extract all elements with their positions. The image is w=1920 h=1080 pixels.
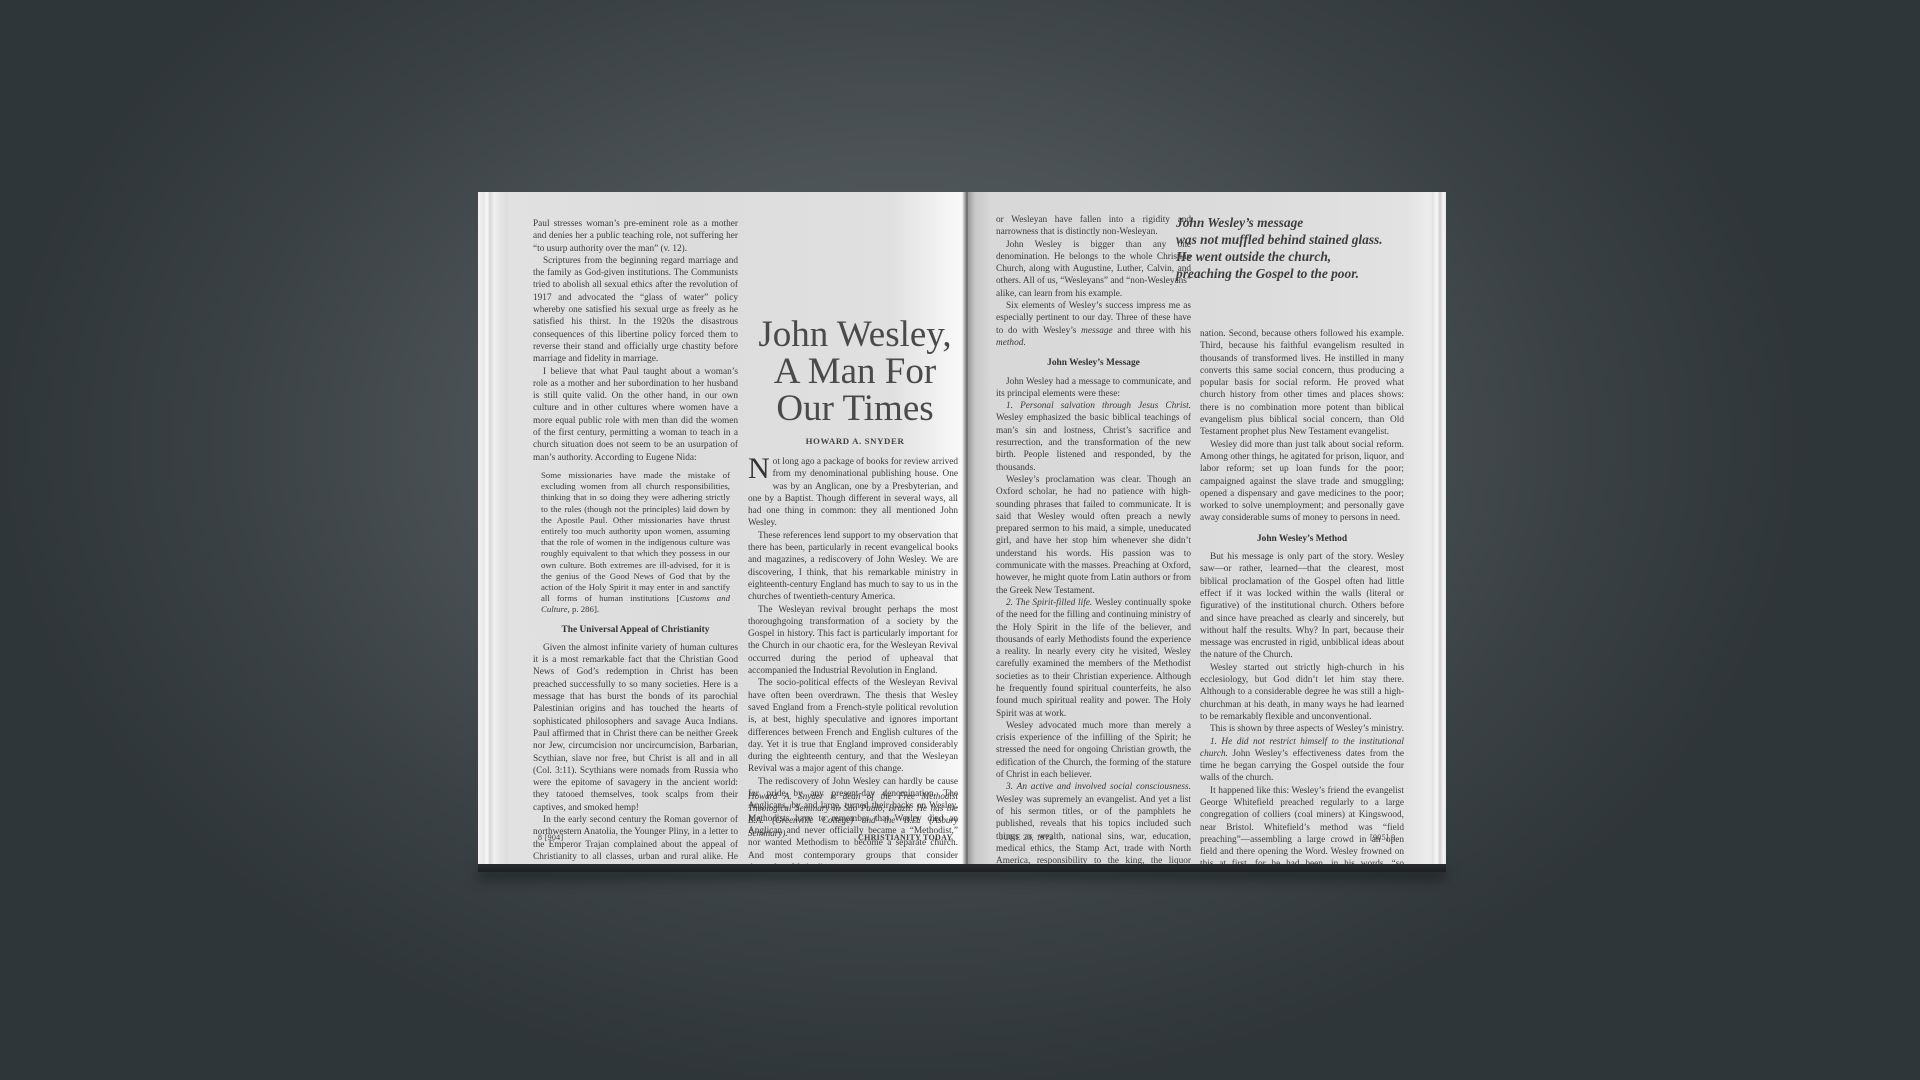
paragraph: But his message is only part of the stor… [1200,551,1404,662]
paragraph: Wesley advocated much more than merely a… [996,720,1191,781]
left-page: Paul stresses woman’s pre-eminent role a… [478,192,964,864]
paragraph: Paul stresses woman’s pre-eminent role a… [533,218,738,255]
paragraph: It happened like this: Wesley’s friend t… [1200,785,1404,864]
paragraph: Given the almost infinite variety of hum… [533,642,738,814]
title-line: John Wesley, [740,316,964,353]
drop-cap: N [748,457,770,481]
block-quote: Some missionaries have made the mistake … [541,470,730,616]
paragraph: Scriptures from the beginning regard mar… [533,255,738,366]
paragraph: nation. Second, because others followed … [1200,328,1404,439]
paragraph: The socio-political effects of the Wesle… [748,677,958,775]
publication-name: CHRISTIANITY TODAY [858,833,953,842]
title-line: Our Times [740,390,964,427]
section-heading: John Wesley’s Method [1200,533,1404,545]
author-bio: Howard A. Snyder is dean of the Free Met… [748,790,958,839]
paragraph: Six elements of Wesley’s success impress… [996,300,1191,349]
pull-quote-line: John Wesley’s message [1176,214,1436,231]
paragraph: The Wesleyan revival brought perhaps the… [748,604,958,678]
paragraph: In the early second century the Roman go… [533,814,738,864]
page-stack-edge [478,192,508,864]
pull-quote: John Wesley’s message was not muffled be… [1176,214,1436,282]
paragraph: This is shown by three aspects of Wesley… [1200,723,1404,735]
paragraph: 1. He did not restrict himself to the in… [1200,736,1404,785]
page-number-left: 8 [904] [538,833,563,842]
section-heading: The Universal Appeal of Christianity [533,624,738,636]
issue-date: JUNE 23, 1972 [1000,833,1053,842]
magazine-spread: Paul stresses woman’s pre-eminent role a… [478,192,1446,870]
pull-quote-line: preaching the Gospel to the poor. [1176,265,1436,282]
left-page-column-1: Paul stresses woman’s pre-eminent role a… [533,218,738,864]
paragraph: 2. The Spirit-filled life. Wesley contin… [996,597,1191,720]
pull-quote-line: He went outside the church, [1176,248,1436,265]
paragraph: Wesley did more than just talk about soc… [1200,439,1404,525]
paragraph: I believe that what Paul taught about a … [533,366,738,464]
right-page-column-1: or Wesleyan have fallen into a rigidity … [996,214,1191,864]
magazine-shadow [478,864,1446,872]
paragraph: John Wesley had a message to communicate… [996,376,1191,401]
paragraph: 1. Personal salvation through Jesus Chri… [996,400,1191,474]
title-line: A Man For [740,353,964,390]
right-page: John Wesley’s message was not muffled be… [968,192,1446,864]
author-byline: HOWARD A. SNYDER [740,436,964,446]
paragraph: Wesley’s proclamation was clear. Though … [996,474,1191,597]
article-title: John Wesley, A Man For Our Times [740,316,964,427]
pull-quote-line: was not muffled behind stained glass. [1176,231,1436,248]
paragraph: Wesley started out strictly high-church … [1200,662,1404,723]
section-heading: John Wesley’s Message [996,357,1191,369]
paragraph: Not long ago a package of books for revi… [748,456,958,530]
paragraph: John Wesley is bigger than any one denom… [996,239,1191,300]
paragraph: or Wesleyan have fallen into a rigidity … [996,214,1191,239]
paragraph: 3. An active and involved social conscio… [996,781,1191,864]
page-stack-edge [1432,192,1446,864]
page-number-right: [905] 9 [1370,833,1395,842]
paragraph: These references lend support to my obse… [748,530,958,604]
right-page-column-2: nation. Second, because others followed … [1200,328,1404,864]
